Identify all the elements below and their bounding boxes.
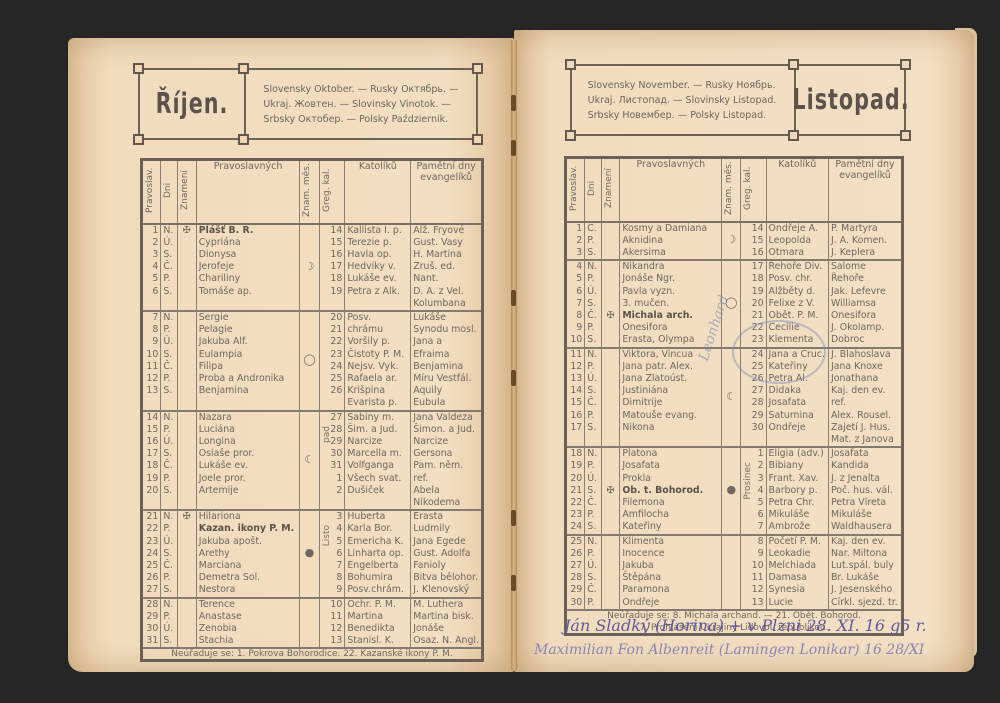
- ornament-corner-icon: [565, 130, 576, 141]
- moon-phase-cell: ☾: [300, 411, 319, 511]
- binding-stitch: [511, 370, 516, 386]
- evangelical-memorial: J. BlahoslavaJana KnoxeJonathanaKaj. den…: [828, 348, 902, 448]
- cross-icon: [604, 584, 618, 596]
- orthodox-day-number-value: 28: [145, 599, 158, 611]
- orthodox-saint-value: Jakuba Alf.: [199, 336, 298, 348]
- weekday-abbr-value: Č.: [587, 310, 598, 322]
- orthodox-saint-value: Paramona: [622, 584, 719, 596]
- orthodox-day-number-value: 24: [569, 521, 582, 533]
- catholic-saint-value: Kallista I. p.: [347, 225, 408, 237]
- orthodox-saint-value: Dimitrije: [622, 397, 719, 409]
- gregorian-date-value: 13: [322, 635, 343, 647]
- weekday-abbr-value: P.: [163, 523, 174, 535]
- feast-sign: ✠: [177, 224, 196, 311]
- cross-icon: [180, 361, 194, 373]
- ornament-corner-icon: [472, 63, 483, 74]
- col-header-pravoslav: Pravoslav.: [142, 160, 161, 224]
- weekday-abbr-value: P.: [163, 273, 174, 285]
- gregorian-date-value: 7: [743, 521, 763, 533]
- weekday-abbr-value: S.: [163, 249, 174, 261]
- weekday-abbr-value: P.: [587, 361, 598, 373]
- orthodox-saint-value: Jakuba: [622, 560, 719, 572]
- evangelical-memorial: JosafataKandidaJ. z JenaltaPoč. hus. vál…: [828, 447, 902, 534]
- right-header-frame: Slovensky November. — Rusky Ноябрь. Ukra…: [570, 64, 906, 136]
- catholic-saint-value: Sabiny m.: [347, 412, 408, 424]
- catholic-saint-value: Karla Bor.: [347, 523, 408, 535]
- weekday-abbr-value: Ú.: [163, 336, 174, 348]
- orthodox-day-number-value: 5: [569, 273, 582, 285]
- orthodox-saint-value: Sergie: [199, 312, 298, 324]
- catholic-saint-value: Huberta: [347, 511, 408, 523]
- binding-stitch: [511, 575, 516, 591]
- gregorian-date-value: 28: [743, 397, 763, 409]
- orthodox-saint-value: Josafata: [622, 460, 719, 472]
- orthodox-saint-value: Tomáše ap.: [199, 286, 298, 298]
- orthodox-saint-value: Platona: [622, 448, 719, 460]
- moon-phase-cell: ☽: [300, 224, 319, 311]
- cross-icon: [180, 385, 194, 397]
- catholic-saint-value: Rafaela ar.: [347, 373, 408, 385]
- cross-icon: [604, 497, 618, 509]
- orthodox-day-number-value: 18: [145, 460, 158, 472]
- gregorian-date: 1234567Prosinec: [741, 447, 766, 534]
- catholic-saint-value: Didaka: [769, 385, 826, 397]
- gregorian-date-value: 23: [322, 349, 343, 361]
- orthodox-day-number-value: 30: [569, 597, 582, 609]
- orthodox-day-number-value: 7: [569, 298, 582, 310]
- weekday-abbr-value: S.: [163, 448, 174, 460]
- orthodox-day-number: 21222324252627: [142, 510, 161, 597]
- orthodox-day-number-value: 9: [145, 336, 158, 348]
- evangelical-memorial-value: J. A. Komen.: [831, 235, 899, 247]
- evangelical-memorial-value: Kolumbana: [413, 298, 479, 310]
- orthodox-day-number: 14151617181920: [142, 411, 161, 511]
- gregorian-date-value: 10: [322, 599, 343, 611]
- gregorian-date-value: 29: [743, 410, 763, 422]
- weekday-abbr: N.P.Ú.S.: [161, 598, 177, 649]
- feast-sign: [601, 222, 620, 261]
- binding-stitch: [511, 95, 516, 111]
- catholic-saint-value: Šim. a Jud.: [347, 424, 408, 436]
- moon-phase-cell: ●: [722, 447, 741, 534]
- weekday-abbr-value: S.: [163, 385, 174, 397]
- cross-icon: [604, 385, 618, 397]
- orthodox-day-number-value: 13: [145, 385, 158, 397]
- evangelical-memorial: P. MartyraJ. A. Komen.J. Keplera: [828, 222, 902, 261]
- orthodox-saint-value: Inocence: [622, 548, 719, 560]
- evangelical-memorial: Kaj. den ev.Nar. MiltonaLut.spál. bulyBr…: [828, 535, 902, 610]
- gregorian-date-value: 27: [743, 385, 763, 397]
- orthodox-saint-value: Aknidina: [622, 235, 719, 247]
- orthodox-day-number-value: 24: [145, 548, 158, 560]
- gregorian-date: 10111213: [319, 598, 345, 649]
- weekday-abbr-value: P.: [587, 273, 598, 285]
- gregorian-date-value: 26: [322, 385, 343, 397]
- cross-icon: [604, 597, 618, 609]
- gregorian-date-value: 17: [322, 261, 343, 273]
- orthodox-day-number-value: 2: [569, 235, 582, 247]
- gregorian-date: 8910111213: [741, 535, 766, 610]
- weekday-abbr-value: P.: [163, 424, 174, 436]
- gregorian-date-value: 16: [743, 247, 763, 259]
- weekday-abbr-value: N.: [587, 448, 598, 460]
- orthodox-saint-value: Ondřeje: [622, 597, 719, 609]
- moon-phase-cell: [300, 598, 319, 649]
- cross-icon: [180, 473, 194, 485]
- weekday-abbr: N.P.Ú.S.Č.P.: [585, 535, 601, 610]
- orthodox-saint: PlatonaJosafataProklaOb. t. Bohorod.File…: [620, 447, 722, 534]
- weekday-abbr: N.Ú.S.Č.P.S.: [161, 224, 177, 311]
- cross-icon: [180, 460, 194, 472]
- orthodox-day-number: 123456: [142, 224, 161, 311]
- ornament-corner-icon: [788, 59, 799, 70]
- orthodox-day-number-value: 11: [569, 349, 582, 361]
- gregorian-date-value: 16: [322, 249, 343, 261]
- catholic-saint-value: Otmara: [769, 247, 826, 259]
- orthodox-day-number-value: 8: [569, 310, 582, 322]
- moon-phase-cell: ☽: [722, 222, 741, 261]
- month-name-line: Ukraj. Жовтен. — Slovinsky Vinotok. —: [263, 97, 458, 112]
- open-calendar-booklet: Říjen. Slovensky Oktober. — Rusky Октябр…: [0, 0, 1000, 703]
- gregorian-date-value: 22: [322, 336, 343, 348]
- col-header-pravoslavnych: Pravoslavných: [620, 158, 722, 222]
- catholic-saint: Početí P. M.LeokadieMelchiadaDamasaSynes…: [766, 535, 828, 610]
- orthodox-day-number: 18192021222324: [566, 447, 585, 534]
- col-header-dni: Dni: [585, 158, 601, 222]
- orthodox-saint-value: Filemona: [622, 497, 719, 509]
- orthodox-day-number-value: 26: [569, 548, 582, 560]
- catholic-saint-value: Evarista p.: [347, 397, 408, 409]
- orthodox-saint: Plášť B. R.CypriánaDionysaJerofejeCharil…: [196, 224, 300, 311]
- evangelical-memorial-value: Gust. Adolfa: [413, 548, 479, 560]
- orthodox-saint-value: Benjamina: [199, 385, 298, 397]
- cross-icon: [180, 237, 194, 249]
- orthodox-day-number: 45678910: [566, 260, 585, 347]
- last-quarter-moon-icon: ☾: [305, 453, 315, 466]
- orthodox-day-number-value: 29: [145, 611, 158, 623]
- cross-icon: [180, 412, 194, 424]
- weekday-abbr-value: S.: [587, 385, 598, 397]
- catholic-saint: Posv. chrámuVoršily p.Čistoty P. M.Nejsv…: [345, 311, 411, 411]
- orthodox-saint-value: Longina: [199, 436, 298, 448]
- orthodox-day-number-value: 8: [145, 324, 158, 336]
- catholic-saint: Eligia (adv.)BibianyFrant. Xav.Barbory p…: [766, 447, 828, 534]
- feast-sign: ✠: [177, 510, 196, 597]
- orthodox-day-number-value: 20: [145, 485, 158, 497]
- evangelical-memorial-value: Lukáše: [413, 312, 479, 324]
- cross-icon: [180, 349, 194, 361]
- left-page: Říjen. Slovensky Oktober. — Rusky Октябр…: [68, 38, 514, 672]
- weekday-abbr-value: N.: [587, 261, 598, 273]
- orthodox-day-number-value: 4: [569, 261, 582, 273]
- week-group: 123456N.Ú.S.Č.P.S.✠ Plášť B. R.CypriánaD…: [142, 224, 483, 311]
- orthodox-day-number-value: 23: [145, 536, 158, 548]
- cross-icon: ✠: [604, 310, 618, 322]
- feast-sign: [177, 411, 196, 511]
- col-header-evangeliku: Pamětní dny evangelíků: [828, 158, 902, 222]
- cross-icon: [604, 548, 618, 560]
- catholic-saint-value: Leopolda: [769, 235, 826, 247]
- weekday-abbr-value: P.: [587, 235, 598, 247]
- evangelical-memorial-value: J. Keplera: [831, 247, 899, 259]
- cross-icon: [604, 334, 618, 346]
- cross-icon: [180, 536, 194, 548]
- weekday-abbr-value: Ú.: [163, 237, 174, 249]
- week-group: 45678910N.P.Ú.S.Č.P.S. ✠ NikandraJonáše …: [566, 260, 903, 347]
- orthodox-day-number-value: 4: [145, 261, 158, 273]
- gregorian-date-value: 19: [322, 286, 343, 298]
- weekday-abbr-value: S.: [587, 334, 598, 346]
- right-month-names-box: Slovensky November. — Rusky Ноябрь. Ukra…: [572, 66, 792, 134]
- gregorian-date-value: 11: [743, 572, 763, 584]
- orthodox-day-number-value: 3: [569, 247, 582, 259]
- catholic-saint-value: Damasa: [769, 572, 826, 584]
- evangelical-memorial-value: Bitva bělohor.: [413, 572, 479, 584]
- gregorian-date-value: 12: [743, 584, 763, 596]
- col-header-greg-kal: Greg. kal.: [741, 158, 766, 222]
- catholic-saint: Ochr. P. M.MartinaBenediktaStanisl. K.: [345, 598, 411, 649]
- orthodox-day-number-value: 10: [145, 349, 158, 361]
- evangelical-memorial-value: Petra Víreta: [831, 497, 899, 509]
- col-header-znam-mes: Znam. měs.: [300, 160, 319, 224]
- orthodox-saint-value: Jana Zlatoúst.: [622, 373, 719, 385]
- month-name-line: Slovensky Oktober. — Rusky Октябрь. —: [263, 82, 458, 97]
- orthodox-day-number-value: 22: [569, 497, 582, 509]
- weekday-abbr-value: Ú.: [163, 536, 174, 548]
- weekday-abbr-value: S.: [163, 635, 174, 647]
- weekday-abbr-value: N.: [163, 511, 174, 523]
- gregorian-date-value: 1: [743, 448, 763, 460]
- orthodox-saint-value: Nikona: [622, 422, 719, 434]
- catholic-saint-value: Mikuláše: [769, 509, 826, 521]
- orthodox-saint-value: Hilariona: [199, 511, 298, 523]
- right-page: Slovensky November. — Rusky Ноябрь. Ukra…: [514, 30, 974, 672]
- orthodox-saint-value: Akersima: [622, 247, 719, 259]
- catholic-saint-value: Posv. chr.: [769, 273, 826, 285]
- weekday-abbr-value: S.: [163, 349, 174, 361]
- month-title: Listopad.: [792, 84, 909, 117]
- ornament-corner-icon: [788, 130, 799, 141]
- orthodox-day-number-value: 26: [145, 572, 158, 584]
- orthodox-day-number-value: 25: [145, 560, 158, 572]
- catholic-saint-value: Bibiany: [769, 460, 826, 472]
- weekday-abbr-value: Č.: [587, 223, 598, 235]
- weekday-abbr-value: Č.: [163, 560, 174, 572]
- cross-icon: [180, 523, 194, 535]
- catholic-saint-value: Engelberta: [347, 560, 408, 572]
- cross-icon: [180, 324, 194, 336]
- feast-sign: ✠: [601, 260, 620, 347]
- catholic-saint-value: Linharta op.: [347, 548, 408, 560]
- weekday-abbr-value: N.: [163, 312, 174, 324]
- week-group: 21222324252627N.P.Ú.S.Č.P.S.✠ HilarionaK…: [142, 510, 483, 597]
- weekday-abbr: N.P.Ú.S.Č.P.S.: [161, 411, 177, 511]
- october-footer-note: Neúřaduje se: 1. Pokrova Bohorodice. 22.…: [142, 648, 483, 661]
- cross-icon: [180, 424, 194, 436]
- evangelical-memorial-value: Jana Knoxe: [831, 361, 899, 373]
- orthodox-day-number-value: 29: [569, 584, 582, 596]
- feast-sign: [177, 311, 196, 411]
- orthodox-saint-value: Kateřiny: [622, 521, 719, 533]
- cross-icon: [604, 521, 618, 533]
- catholic-saint-value: Řehoře Div.: [769, 261, 826, 273]
- evangelical-memorial: LukášeSynodu mosl.Jana a EfraimaBenjamin…: [411, 311, 483, 411]
- november-weeks: 123Č.P.S. Kosmy a DamianaAknidinaAkersim…: [566, 222, 903, 610]
- orthodox-day-number: 28293031: [142, 598, 161, 649]
- handwritten-note-line-2: Maximilian Fon Albenreit (Lamingen Lonik…: [534, 642, 924, 658]
- cross-icon: [180, 623, 194, 635]
- evangelical-memorial-value: Salome: [831, 261, 899, 273]
- evangelical-memorial-value: Benjamina: [413, 361, 479, 373]
- catholic-saint-value: Saturnina: [769, 410, 826, 422]
- cross-icon: [180, 584, 194, 596]
- orthodox-day-number-value: 21: [569, 485, 582, 497]
- catholic-saint-value: Narcize: [347, 436, 408, 448]
- cross-icon: [604, 448, 618, 460]
- catholic-saint-value: Petra z Alk.: [347, 286, 408, 298]
- orthodox-day-number-value: 22: [145, 523, 158, 535]
- evangelical-memorial: M. LutheraMartina bisk.JonášeOsaz. N. An…: [411, 598, 483, 649]
- orthodox-saint: NazaraLuciánaLonginaOsiaše pror.Lukáše e…: [196, 411, 300, 511]
- orthodox-saint: SergiePelagieJakuba Alf.EulampiaFilipaPr…: [196, 311, 300, 411]
- gregorian-date-value: 9: [743, 548, 763, 560]
- moon-phase-cell: ◯: [300, 311, 319, 411]
- weekday-abbr-value: Ú.: [163, 623, 174, 635]
- orthodox-day-number-value: 14: [569, 385, 582, 397]
- weekday-abbr: N.P.Ú.S.Č.P.S.: [585, 348, 601, 448]
- weekday-abbr-value: Č.: [163, 460, 174, 472]
- orthodox-saint-value: Filipa: [199, 361, 298, 373]
- orthodox-day-number-value: 16: [569, 410, 582, 422]
- handwritten-note-line-1: Ján Sladký (Horina) + v Plzni 28. XI. 16…: [564, 616, 927, 635]
- evangelical-memorial-value: Waldhausera: [831, 521, 899, 533]
- last-quarter-moon-icon: ☾: [726, 390, 736, 403]
- catholic-saint-value: Emericha K.: [347, 536, 408, 548]
- col-header-znameni: Znamení: [177, 160, 196, 224]
- catholic-saint: Sabiny m.Šim. a Jud.NarcizeMarcella m.Vo…: [345, 411, 411, 511]
- gregorian-date-value: 8: [322, 572, 343, 584]
- cross-icon: [604, 235, 618, 247]
- weekday-abbr-value: S.: [163, 286, 174, 298]
- weekday-abbr-value: P.: [163, 611, 174, 623]
- catholic-saint-value: Stanisl. K.: [347, 635, 408, 647]
- weekday-abbr-value: S.: [163, 584, 174, 596]
- orthodox-saint-value: Artemije: [199, 485, 298, 497]
- orthodox-saint: KlimentaInocenceJakubaŠtěpánaParamonaOnd…: [620, 535, 722, 610]
- moon-phase-cell: [722, 535, 741, 610]
- ornament-corner-icon: [238, 63, 249, 74]
- weekday-abbr: N.P.Ú.S.Č.P.S.: [161, 510, 177, 597]
- weekday-abbr-value: S.: [587, 247, 598, 259]
- catholic-saint-value: Ondřeje A.: [769, 223, 826, 235]
- cross-icon: [604, 509, 618, 521]
- weekday-abbr: N.P.Ú.S.Č.P.S.: [161, 311, 177, 411]
- evangelical-memorial-value: P. Martyra: [831, 223, 899, 235]
- catholic-saint-value: Posv. chrámu: [347, 312, 408, 336]
- orthodox-day-number-value: 17: [569, 422, 582, 434]
- cross-icon: [604, 322, 618, 334]
- cross-icon: [604, 286, 618, 298]
- gregorian-date-value: 7: [322, 560, 343, 572]
- weekday-abbr: N.P.Ú.S.Č.P.S.: [585, 447, 601, 534]
- weekday-abbr-value: P.: [163, 572, 174, 584]
- orthodox-saint-value: Dionysa: [199, 249, 298, 261]
- ornament-corner-icon: [900, 59, 911, 70]
- orthodox-saint-value: Amfilocha: [622, 509, 719, 521]
- month-name-line: Srbsky Новембер. — Polsky Listopad.: [588, 108, 777, 123]
- cross-icon: [604, 397, 618, 409]
- evangelical-memorial-value: Míru Vestfál.: [413, 373, 479, 385]
- orthodox-day-number-value: 16: [145, 436, 158, 448]
- orthodox-day-number-value: 6: [569, 286, 582, 298]
- week-group: 18192021222324N.P.Ú.S.Č.P.S. ✠ PlatonaJo…: [566, 447, 903, 534]
- catholic-saint-value: Krišpina: [347, 385, 408, 397]
- catholic-saint-value: Nejsv. Vyk.: [347, 361, 408, 373]
- orthodox-saint-value: Nikandra: [622, 261, 719, 273]
- orthodox-day-number-value: 12: [569, 361, 582, 373]
- evangelical-memorial-value: Jana a Efraima: [413, 336, 479, 360]
- weekday-abbr-value: Č.: [587, 584, 598, 596]
- evangelical-memorial-value: J. Okolamp.: [831, 322, 899, 334]
- orthodox-day-number-value: 18: [569, 448, 582, 460]
- orthodox-saint: Viktora, VincuaJana patr. Alex.Jana Zlat…: [620, 348, 722, 448]
- gregorian-date: 272829303112pad: [319, 411, 345, 511]
- cross-icon: [180, 448, 194, 460]
- col-header-katoliku: Katolíků: [766, 158, 828, 222]
- gregorian-date-value: 15: [743, 235, 763, 247]
- orthodox-saint-value: Joele pror.: [199, 473, 298, 485]
- evangelical-memorial-value: Gust. Vasy: [413, 237, 479, 249]
- evangelical-memorial-value: Gersona: [413, 448, 479, 460]
- gregorian-date-value: 18: [322, 273, 343, 285]
- cross-icon: [180, 572, 194, 584]
- orthodox-day-number-value: 31: [145, 635, 158, 647]
- weekday-abbr-value: Č.: [163, 261, 174, 273]
- binding-stitch: [511, 510, 516, 526]
- orthodox-day-number-value: 3: [145, 249, 158, 261]
- cross-icon: [180, 560, 194, 572]
- cross-icon: [604, 422, 618, 434]
- col-header-evangeliku: Pamětní dny evangelíků: [411, 160, 483, 224]
- evangelical-memorial-value: Dobroc: [831, 334, 899, 346]
- first-quarter-moon-icon: ☽: [726, 233, 736, 246]
- binding-stitch: [511, 140, 516, 156]
- gregorian-date: 3456789Listo: [319, 510, 345, 597]
- orthodox-day-number: 252627282930: [566, 535, 585, 610]
- new-moon-moon-icon: ●: [305, 546, 315, 559]
- orthodox-saint: TerenceAnastaseZenobiaStachia: [196, 598, 300, 649]
- weekday-abbr: Č.P.S.: [585, 222, 601, 261]
- catholic-saint-value: Ondřeje: [769, 422, 826, 434]
- gregorian-date-value: 10: [743, 560, 763, 572]
- catholic-saint-value: Synesia: [769, 584, 826, 596]
- evangelical-memorial-value: Jonáše: [413, 623, 479, 635]
- orthodox-saint-value: 3. mučen.: [622, 298, 719, 310]
- weekday-abbr-value: Ú.: [587, 473, 598, 485]
- orthodox-day-number-value: 20: [569, 473, 582, 485]
- gregorian-date-value: 3: [322, 511, 343, 523]
- new-moon-moon-icon: ●: [726, 483, 736, 496]
- orthodox-day-number-value: 11: [145, 361, 158, 373]
- catholic-saint-value: Početí P. M.: [769, 536, 826, 548]
- orthodox-saint-value: Arethy: [199, 548, 298, 560]
- weekday-abbr-value: P.: [587, 548, 598, 560]
- cross-icon: [604, 572, 618, 584]
- evangelical-memorial-value: Lut.spál. buly: [831, 560, 899, 572]
- gregorian-date: 141516171819: [319, 224, 345, 311]
- orthodox-saint-value: Klimenta: [622, 536, 719, 548]
- orthodox-day-number-value: 15: [569, 397, 582, 409]
